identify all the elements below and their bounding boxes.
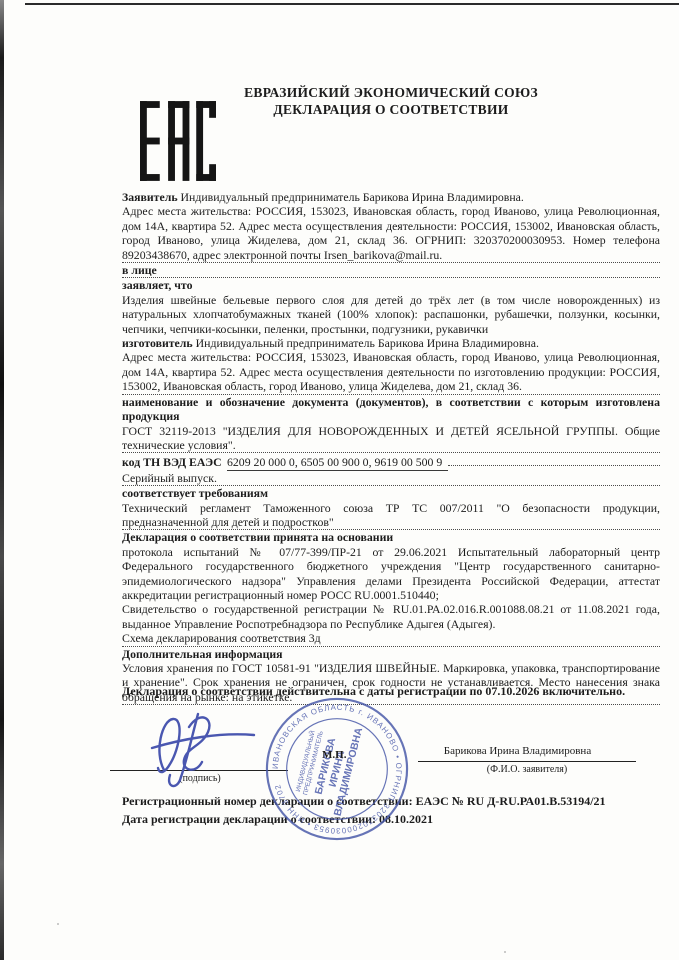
state-registration-certificate: Свидетельство о государственной регистра… bbox=[122, 602, 660, 631]
manufacturer-address: Адрес места жительства: РОССИЯ, 153023, … bbox=[122, 350, 660, 394]
union-name: ЕВРАЗИЙСКИЙ ЭКОНОМИЧЕСКИЙ СОЮЗ bbox=[122, 84, 660, 101]
declaration-scheme: Схема декларирования соответствия 3д bbox=[122, 631, 660, 646]
manufacturer-label: изготовитель bbox=[122, 336, 193, 350]
applicant-fio: Барикова Ирина Владимировна bbox=[400, 745, 635, 757]
document-body: Заявитель Индивидуальный предприниматель… bbox=[122, 190, 660, 705]
applicant-label: Заявитель bbox=[122, 190, 178, 204]
manufacturer-name: Индивидуальный предприниматель Барикова … bbox=[196, 336, 539, 350]
document-title: ЕВРАЗИЙСКИЙ ЭКОНОМИЧЕСКИЙ СОЮЗ ДЕКЛАРАЦИ… bbox=[122, 84, 660, 118]
tnved-row: код ТН ВЭД ЕАЭС 6209 20 000 0, 6505 00 9… bbox=[122, 453, 660, 470]
basis-label: Декларация о соответствии принята на осн… bbox=[122, 530, 660, 544]
scan-edge-artifact bbox=[0, 0, 4, 960]
gost-reference: ГОСТ 32119-2013 "ИЗДЕЛИЯ ДЛЯ НОВОРОЖДЕНН… bbox=[122, 424, 660, 454]
declares-label: заявляет, что bbox=[122, 278, 660, 292]
stamp-place-mark: М.П. bbox=[322, 749, 346, 761]
applicant-section: Заявитель Индивидуальный предприниматель… bbox=[122, 190, 660, 263]
applicant-name: Индивидуальный предприниматель Барикова … bbox=[181, 190, 524, 204]
declaration-document: ЕВРАЗИЙСКИЙ ЭКОНОМИЧЕСКИЙ СОЮЗ ДЕКЛАРАЦИ… bbox=[0, 0, 679, 960]
round-stamp: ИВАНОВСКАЯ ОБЛАСТЬ г. ИВАНОВО • ОГРНИП 3… bbox=[263, 695, 411, 848]
dotted-leader bbox=[448, 453, 660, 466]
test-protocol: протокола испытаний № 07/77-399/ПР-21 от… bbox=[122, 545, 660, 603]
fio-caption: (Ф.И.О. заявителя) bbox=[418, 764, 636, 775]
tnved-label: код ТН ВЭД ЕАЭС bbox=[122, 455, 227, 469]
serial-release: Серийный выпуск. bbox=[122, 471, 660, 486]
technical-regulation: Технический регламент Таможенного союза … bbox=[122, 501, 660, 531]
tnved-codes: 6209 20 000 0, 6505 00 900 0, 9619 00 50… bbox=[227, 455, 448, 470]
declaration-title: ДЕКЛАРАЦИЯ О СООТВЕТСТВИИ bbox=[122, 101, 660, 118]
scan-speck bbox=[57, 923, 59, 925]
in-person-line: в лице bbox=[122, 263, 660, 278]
product-description: Изделия швейные бельевые первого слоя дл… bbox=[122, 293, 660, 336]
document-basis-label: наименование и обозначение документа (до… bbox=[122, 395, 660, 424]
fio-line bbox=[418, 761, 636, 762]
complies-label: соответствует требованиям bbox=[122, 486, 660, 500]
scan-speck bbox=[504, 951, 506, 953]
page-top-border bbox=[25, 3, 679, 5]
additional-info-label: Дополнительная информация bbox=[122, 647, 660, 661]
applicant-address: Адрес места жительства: РОССИЯ, 153023, … bbox=[122, 204, 660, 261]
manufacturer-line: изготовитель Индивидуальный предпринимат… bbox=[122, 336, 660, 350]
handwritten-signature bbox=[142, 704, 260, 793]
